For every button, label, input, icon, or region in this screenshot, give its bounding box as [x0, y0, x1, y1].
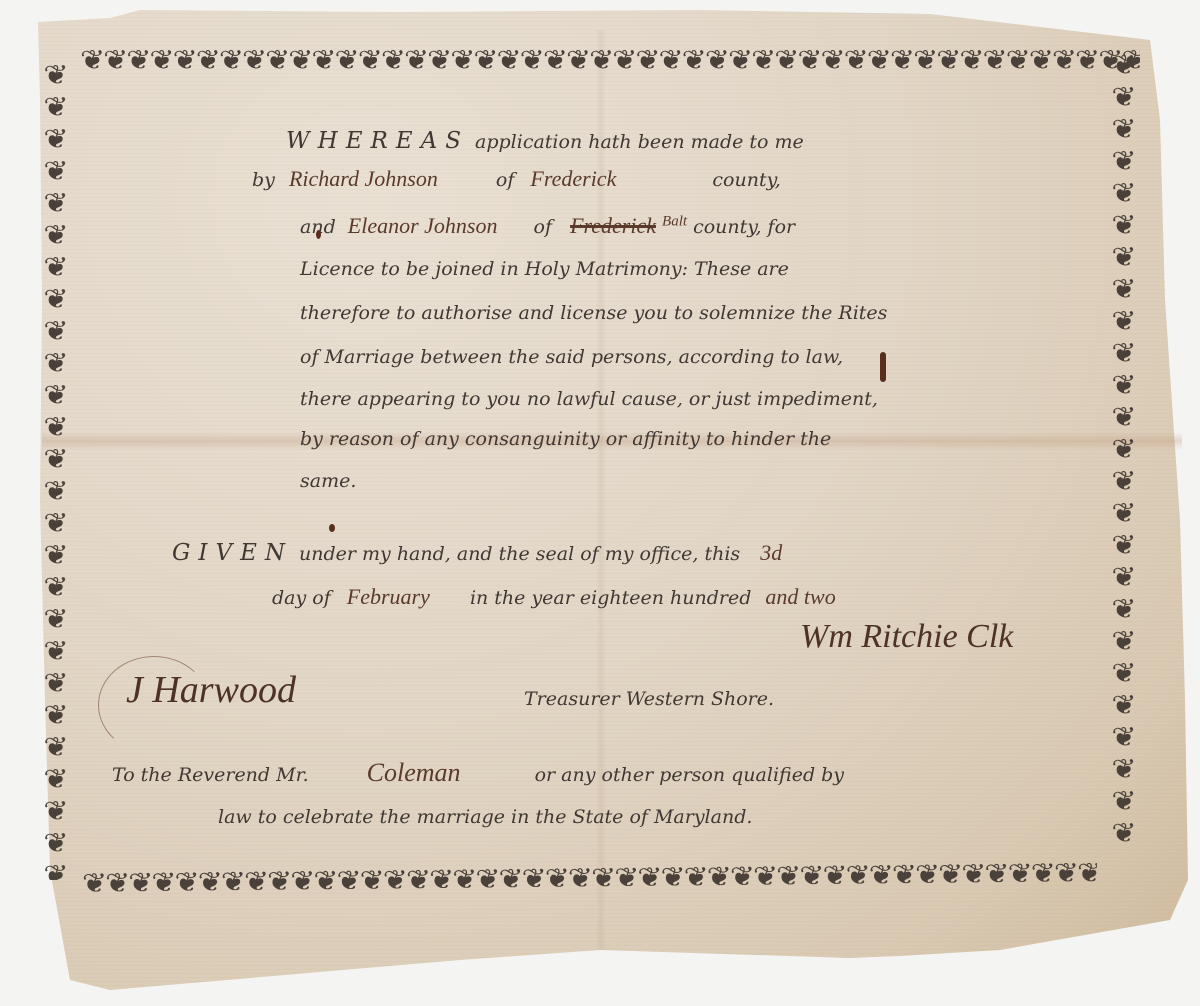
scroll-ornament-icon: ❦ [43, 606, 68, 635]
bride-of: of [534, 216, 552, 238]
scroll-ornament-icon: ❦ [265, 44, 288, 76]
scroll-ornament-icon: ❦ [1111, 564, 1136, 593]
scroll-ornament-icon: ❦ [614, 862, 637, 894]
scroll-ornament-icon: ❦ [1111, 820, 1136, 849]
groom-line: by Richard Johnson of Frederick county, [252, 166, 781, 192]
ornamental-border-top: ❦❦❦❦❦❦❦❦❦❦❦❦❦❦❦❦❦❦❦❦❦❦❦❦❦❦❦❦❦❦❦❦❦❦❦❦❦❦❦❦… [80, 42, 1140, 78]
scroll-ornament-icon: ❦ [43, 478, 68, 507]
scroll-ornament-icon: ❦ [913, 44, 936, 76]
scroll-ornament-icon: ❦ [43, 766, 68, 795]
treasurer-signature: J Harwood [126, 668, 296, 712]
scroll-ornament-icon: ❦ [406, 864, 429, 896]
scroll-ornament-icon: ❦ [1111, 532, 1136, 561]
addressee-name: Coleman [367, 758, 461, 787]
scroll-ornament-icon: ❦ [313, 865, 336, 897]
date-prefix: day of [272, 587, 331, 609]
scroll-ornament-icon: ❦ [1029, 44, 1052, 76]
date-year-suffix: and two [765, 584, 835, 609]
scroll-ornament-icon: ❦ [1111, 692, 1136, 721]
scroll-ornament-icon: ❦ [103, 44, 126, 76]
scroll-ornament-icon: ❦ [1031, 857, 1054, 889]
scroll-ornament-icon: ❦ [637, 862, 660, 894]
scroll-ornament-icon: ❦ [43, 254, 68, 283]
scroll-ornament-icon: ❦ [497, 44, 520, 76]
scroll-ornament-icon: ❦ [568, 862, 591, 894]
scroll-ornament-icon: ❦ [1111, 116, 1136, 145]
scroll-ornament-icon: ❦ [1111, 244, 1136, 273]
scroll-ornament-icon: ❦ [43, 158, 68, 187]
scroll-ornament-icon: ❦ [683, 861, 706, 893]
scroll-ornament-icon: ❦ [938, 858, 961, 890]
scroll-ornament-icon: ❦ [635, 44, 658, 76]
scroll-ornament-icon: ❦ [751, 44, 774, 76]
scroll-ornament-icon: ❦ [221, 866, 244, 898]
given-caps: GIVEN [172, 540, 293, 566]
scroll-ornament-icon: ❦ [1111, 756, 1136, 785]
ornamental-border-left: ❦❦❦❦❦❦❦❦❦❦❦❦❦❦❦❦❦❦❦❦❦❦❦❦❦❦ [38, 60, 74, 880]
scroll-ornament-icon: ❦ [705, 44, 728, 76]
scroll-ornament-icon: ❦ [1077, 857, 1097, 889]
scroll-ornament-icon: ❦ [450, 44, 473, 76]
scroll-ornament-icon: ❦ [961, 858, 984, 890]
scroll-ornament-icon: ❦ [174, 866, 197, 898]
scroll-ornament-icon: ❦ [381, 44, 404, 76]
groom-county: Frederick [530, 166, 616, 191]
bride-county-struck: Frederick [570, 213, 656, 238]
addressee-line-2: law to celebrate the marriage in the Sta… [218, 806, 752, 828]
bride-line: and Eleanor Johnson of Frederick Balt co… [300, 213, 795, 239]
treasurer-title: Treasurer Western Shore. [524, 688, 774, 710]
scroll-ornament-icon: ❦ [82, 867, 105, 899]
addressee-line: To the Reverend Mr. Coleman or any other… [112, 758, 844, 788]
text-line-4: Licence to be joined in Holy Matrimony: … [300, 258, 789, 280]
scroll-ornament-icon: ❦ [799, 860, 822, 892]
scroll-ornament-icon: ❦ [43, 318, 68, 347]
scroll-ornament-icon: ❦ [543, 44, 566, 76]
scroll-ornament-icon: ❦ [1111, 52, 1136, 81]
scroll-ornament-icon: ❦ [288, 44, 311, 76]
scroll-ornament-icon: ❦ [1111, 788, 1136, 817]
scroll-ornament-icon: ❦ [43, 830, 68, 859]
scroll-ornament-icon: ❦ [845, 859, 868, 891]
scroll-ornament-icon: ❦ [383, 864, 406, 896]
scroll-ornament-icon: ❦ [984, 858, 1007, 890]
scroll-ornament-icon: ❦ [43, 798, 68, 827]
whereas-line: WHEREAS application hath been made to me [286, 128, 804, 154]
scroll-ornament-icon: ❦ [126, 44, 149, 76]
scroll-ornament-icon: ❦ [43, 414, 68, 443]
scroll-ornament-icon: ❦ [43, 62, 68, 91]
scroll-ornament-icon: ❦ [959, 44, 982, 76]
scroll-ornament-icon: ❦ [522, 863, 545, 895]
scroll-ornament-icon: ❦ [1111, 628, 1136, 657]
text-line-9: same. [300, 470, 356, 492]
date-text: in the year eighteen hundred [470, 587, 751, 609]
scroll-ornament-icon: ❦ [682, 44, 705, 76]
bride-county: Balt [662, 214, 687, 230]
scroll-ornament-icon: ❦ [43, 542, 68, 571]
whereas-text: application hath been made to me [475, 131, 804, 153]
scroll-ornament-icon: ❦ [1054, 857, 1077, 889]
scroll-ornament-icon: ❦ [730, 861, 753, 893]
scroll-ornament-icon: ❦ [1111, 436, 1136, 465]
scroll-ornament-icon: ❦ [776, 860, 799, 892]
scroll-ornament-icon: ❦ [844, 44, 867, 76]
given-line: GIVEN under my hand, and the seal of my … [172, 540, 782, 566]
scroll-ornament-icon: ❦ [358, 44, 381, 76]
whereas-caps: WHEREAS [286, 128, 469, 154]
scroll-ornament-icon: ❦ [335, 44, 358, 76]
scroll-ornament-icon: ❦ [43, 574, 68, 603]
scroll-ornament-icon: ❦ [151, 867, 174, 899]
scroll-ornament-icon: ❦ [1111, 596, 1136, 625]
scroll-ornament-icon: ❦ [753, 860, 776, 892]
scroll-ornament-icon: ❦ [43, 734, 68, 763]
scroll-ornament-icon: ❦ [43, 94, 68, 123]
scroll-ornament-icon: ❦ [936, 44, 959, 76]
scroll-ornament-icon: ❦ [1111, 372, 1136, 401]
scroll-ornament-icon: ❦ [43, 286, 68, 315]
scroll-ornament-icon: ❦ [1111, 148, 1136, 177]
ornamental-border-right: ❦❦❦❦❦❦❦❦❦❦❦❦❦❦❦❦❦❦❦❦❦❦❦❦❦ [1106, 50, 1142, 850]
scroll-ornament-icon: ❦ [404, 44, 427, 76]
groom-prefix: by [252, 169, 275, 191]
scroll-ornament-icon: ❦ [822, 860, 845, 892]
scroll-ornament-icon: ❦ [612, 44, 635, 76]
scroll-ornament-icon: ❦ [1111, 276, 1136, 305]
scroll-ornament-icon: ❦ [43, 126, 68, 155]
scroll-ornament-icon: ❦ [589, 44, 612, 76]
scroll-ornament-icon: ❦ [360, 864, 383, 896]
scroll-ornament-icon: ❦ [427, 44, 450, 76]
scroll-ornament-icon: ❦ [1111, 308, 1136, 337]
scroll-ornament-icon: ❦ [869, 859, 892, 891]
scroll-ornament-icon: ❦ [892, 859, 915, 891]
groom-county-suffix: county, [712, 169, 780, 191]
scroll-ornament-icon: ❦ [43, 510, 68, 539]
scroll-ornament-icon: ❦ [149, 44, 172, 76]
scroll-ornament-icon: ❦ [915, 859, 938, 891]
scroll-ornament-icon: ❦ [429, 864, 452, 896]
addressee-suffix: or any other person qualified by [535, 764, 844, 786]
groom-name: Richard Johnson [289, 166, 438, 191]
scroll-ornament-icon: ❦ [982, 44, 1005, 76]
date-month: February [347, 584, 430, 609]
scroll-ornament-icon: ❦ [774, 44, 797, 76]
ink-blot [329, 524, 335, 532]
scroll-ornament-icon: ❦ [520, 44, 543, 76]
scroll-ornament-icon: ❦ [660, 861, 683, 893]
scroll-ornament-icon: ❦ [1075, 44, 1098, 76]
scroll-ornament-icon: ❦ [659, 44, 682, 76]
scroll-ornament-icon: ❦ [43, 190, 68, 219]
scroll-ornament-icon: ❦ [198, 866, 221, 898]
scroll-ornament-icon: ❦ [43, 670, 68, 699]
scroll-ornament-icon: ❦ [173, 44, 196, 76]
scroll-ornament-icon: ❦ [1111, 500, 1136, 529]
scroll-ornament-icon: ❦ [1111, 468, 1136, 497]
scroll-ornament-icon: ❦ [1111, 404, 1136, 433]
scroll-ornament-icon: ❦ [43, 638, 68, 667]
scroll-ornament-icon: ❦ [545, 862, 568, 894]
text-line-8: by reason of any consanguinity or affini… [300, 428, 831, 450]
clerk-signature: Wm Ritchie Clk [800, 618, 1013, 656]
scroll-ornament-icon: ❦ [267, 865, 290, 897]
scroll-ornament-icon: ❦ [1052, 44, 1075, 76]
scroll-ornament-icon: ❦ [43, 862, 68, 880]
scroll-ornament-icon: ❦ [311, 44, 334, 76]
bride-county-suffix: county, for [693, 216, 795, 238]
scroll-ornament-icon: ❦ [890, 44, 913, 76]
scroll-ornament-icon: ❦ [821, 44, 844, 76]
given-text: under my hand, and the seal of my office… [299, 543, 740, 565]
scroll-ornament-icon: ❦ [244, 866, 267, 898]
text-line-6: of Marriage between the said persons, ac… [300, 346, 843, 368]
scroll-ornament-icon: ❦ [1111, 180, 1136, 209]
scroll-ornament-icon: ❦ [498, 863, 521, 895]
scroll-ornament-icon: ❦ [336, 865, 359, 897]
scroll-ornament-icon: ❦ [867, 44, 890, 76]
ink-blot [316, 230, 321, 239]
scroll-ornament-icon: ❦ [43, 382, 68, 411]
date-line: day of February in the year eighteen hun… [272, 584, 836, 610]
addressee-prefix: To the Reverend Mr. [112, 764, 309, 786]
scroll-ornament-icon: ❦ [1111, 212, 1136, 241]
scroll-ornament-icon: ❦ [80, 44, 103, 76]
scroll-ornament-icon: ❦ [452, 863, 475, 895]
bride-name: Eleanor Johnson [348, 213, 498, 238]
scroll-ornament-icon: ❦ [728, 44, 751, 76]
scroll-ornament-icon: ❦ [1111, 84, 1136, 113]
scroll-ornament-icon: ❦ [1111, 660, 1136, 689]
scroll-ornament-icon: ❦ [105, 867, 128, 899]
scroll-ornament-icon: ❦ [707, 861, 730, 893]
scroll-ornament-icon: ❦ [473, 44, 496, 76]
scroll-ornament-icon: ❦ [43, 446, 68, 475]
scroll-ornament-icon: ❦ [1111, 340, 1136, 369]
scroll-ornament-icon: ❦ [290, 865, 313, 897]
scroll-ornament-icon: ❦ [1006, 44, 1029, 76]
scroll-ornament-icon: ❦ [43, 350, 68, 379]
scroll-ornament-icon: ❦ [43, 222, 68, 251]
scroll-ornament-icon: ❦ [475, 863, 498, 895]
scroll-ornament-icon: ❦ [566, 44, 589, 76]
text-line-5: therefore to authorise and license you t… [300, 302, 887, 324]
groom-of: of [496, 169, 514, 191]
scroll-ornament-icon: ❦ [242, 44, 265, 76]
text-line-7: there appearing to you no lawful cause, … [300, 388, 878, 410]
scroll-ornament-icon: ❦ [1007, 858, 1030, 890]
scroll-ornament-icon: ❦ [219, 44, 242, 76]
scroll-ornament-icon: ❦ [591, 862, 614, 894]
scroll-ornament-icon: ❦ [797, 44, 820, 76]
scroll-ornament-icon: ❦ [1111, 724, 1136, 753]
scroll-ornament-icon: ❦ [196, 44, 219, 76]
scroll-ornament-icon: ❦ [128, 867, 151, 899]
ink-blot [880, 352, 886, 382]
scroll-ornament-icon: ❦ [43, 702, 68, 731]
given-day: 3d [760, 540, 782, 565]
